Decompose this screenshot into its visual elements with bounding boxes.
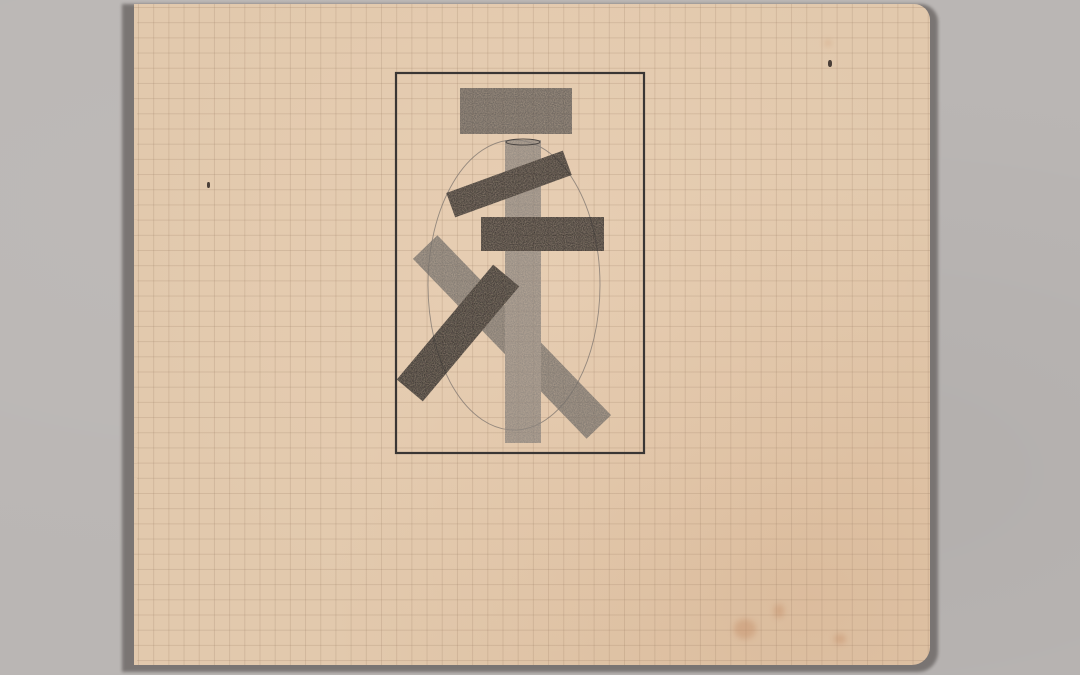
- middle-horizontal-bar: [481, 217, 604, 251]
- suprematist-drawing: [0, 0, 1080, 675]
- top-horizontal-bar: [460, 88, 572, 134]
